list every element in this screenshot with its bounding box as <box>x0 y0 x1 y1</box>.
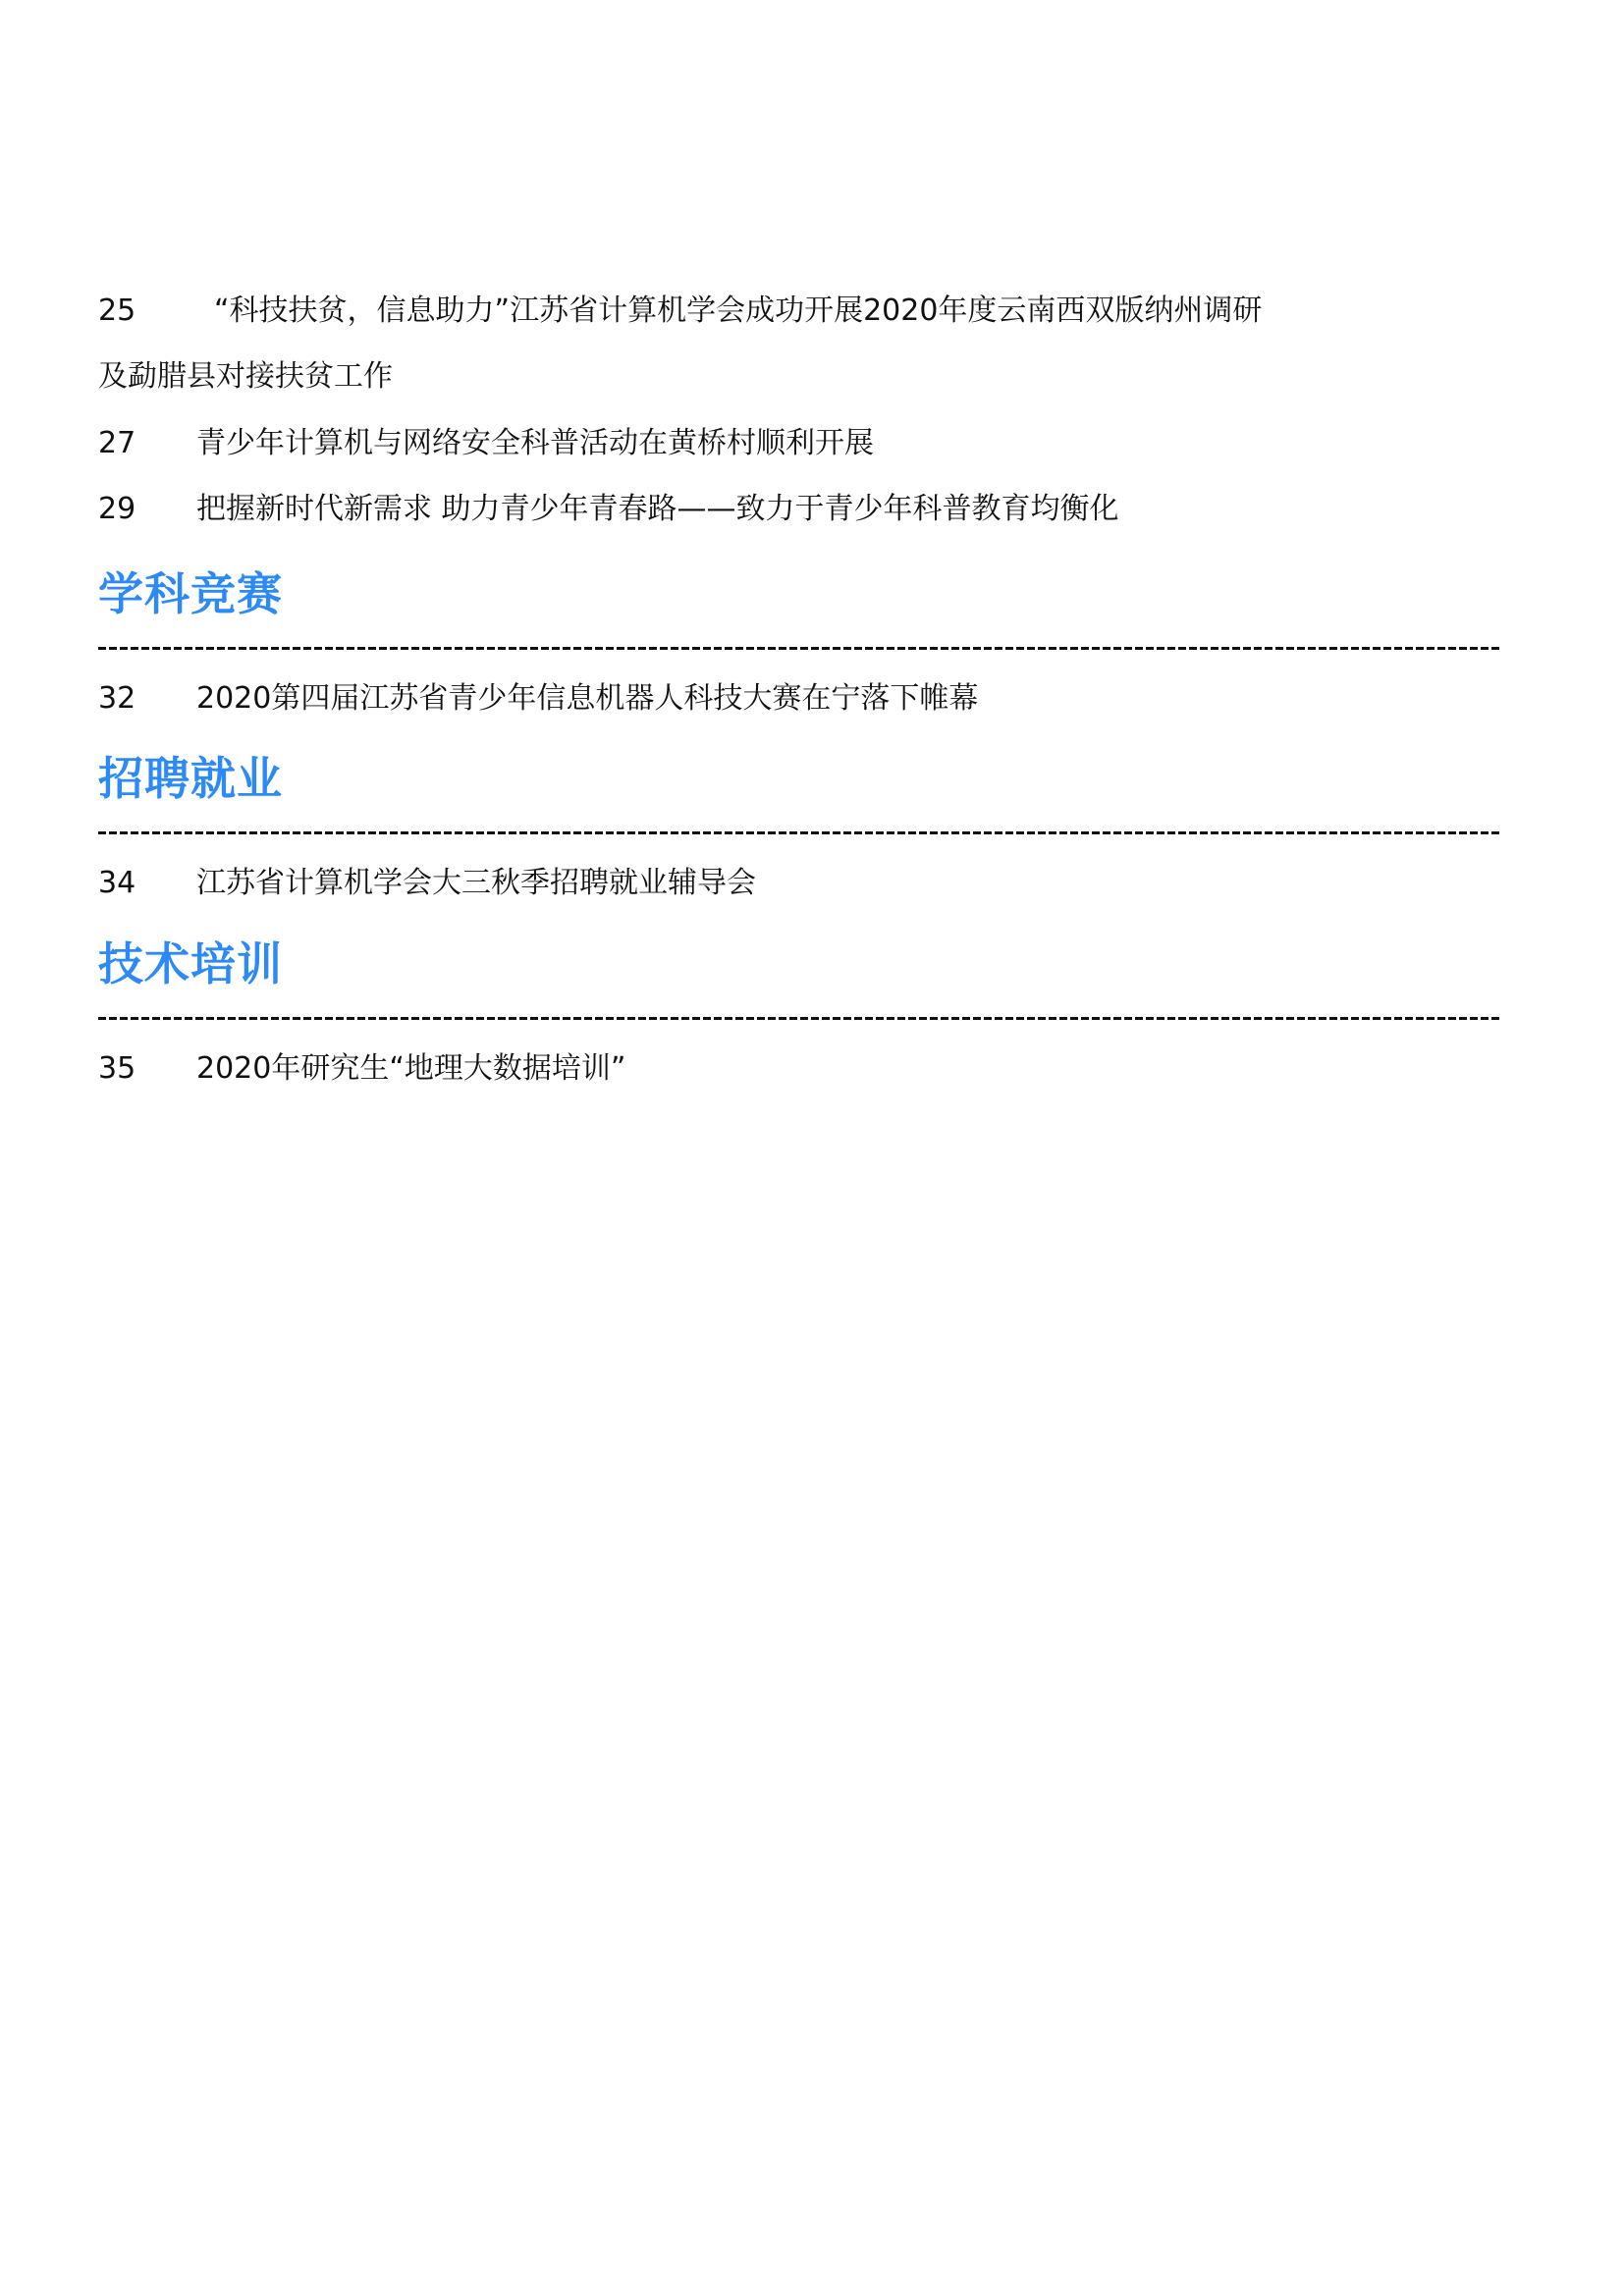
section-divider <box>98 1017 1500 1020</box>
toc-entry-title: 2020第四届江苏省青少年信息机器人科技大赛在宁落下帷幕 <box>196 681 978 716</box>
toc-entry[interactable]: 27青少年计算机与网络安全科普活动在黄桥村顺利开展 <box>98 424 874 463</box>
toc-entry[interactable]: 322020第四届江苏省青少年信息机器人科技大赛在宁落下帷幕 <box>98 679 978 719</box>
toc-entry-page-number: 29 <box>98 490 196 529</box>
toc-entry[interactable]: 29把握新时代新需求 助力青少年青春路——致力于青少年科普教育均衡化 <box>98 490 1119 529</box>
toc-entry-page-number: 32 <box>98 679 196 719</box>
section-divider <box>98 647 1500 650</box>
toc-entry-title: 江苏省计算机学会大三秋季招聘就业辅导会 <box>196 866 756 900</box>
toc-entry-page-number: 25 <box>98 292 196 331</box>
toc-entry-title: 2020年研究生“地理大数据培训” <box>196 1051 625 1086</box>
section-divider <box>98 831 1500 834</box>
toc-entry-title-continuation: 及勐腊县对接扶贫工作 <box>98 357 1262 397</box>
toc-entry[interactable]: 352020年研究生“地理大数据培训” <box>98 1049 625 1089</box>
section-heading-competitions: 学科竞赛 <box>98 566 283 621</box>
table-of-contents-page: 25“科技扶贫，信息助力”江苏省计算机学会成功开展2020年度云南西双版纳州调研… <box>0 0 1624 2296</box>
section-heading-training: 技术培训 <box>98 936 283 991</box>
toc-entry-page-number: 35 <box>98 1049 196 1089</box>
toc-entry[interactable]: 34江苏省计算机学会大三秋季招聘就业辅导会 <box>98 864 756 903</box>
toc-entry-title: 把握新时代新需求 助力青少年青春路——致力于青少年科普教育均衡化 <box>196 492 1119 526</box>
toc-entry-title: “科技扶贫，信息助力”江苏省计算机学会成功开展2020年度云南西双版纳州调研 <box>214 294 1262 328</box>
toc-entry[interactable]: 25“科技扶贫，信息助力”江苏省计算机学会成功开展2020年度云南西双版纳州调研… <box>98 292 1262 397</box>
toc-entry-page-number: 27 <box>98 424 196 463</box>
section-heading-recruitment: 招聘就业 <box>98 751 283 806</box>
toc-entry-page-number: 34 <box>98 864 196 903</box>
toc-entry-title: 青少年计算机与网络安全科普活动在黄桥村顺利开展 <box>196 426 874 460</box>
